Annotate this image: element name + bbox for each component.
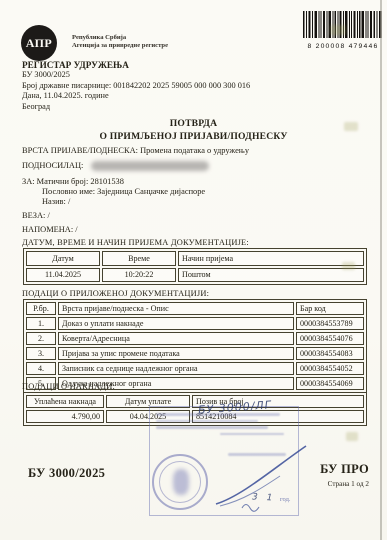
- reception-col-time: Време: [102, 251, 176, 266]
- subject-title-line: Назив: /: [42, 197, 205, 207]
- bleedthrough-mark: [344, 122, 358, 131]
- note-line: НАПОМЕНА: /: [22, 225, 78, 234]
- doc-row-barcode: 0000384553789: [296, 317, 364, 330]
- link-value: /: [47, 211, 49, 220]
- submitter-redaction: [91, 161, 209, 171]
- submission-type-value: Промена података о удружењу: [140, 146, 249, 155]
- doc-row-desc: Записник са седнице надлежног органа: [58, 362, 294, 375]
- subject-block: ЗА: Матични број: 28101538 Пословно име:…: [22, 177, 205, 208]
- document-title-line1: ПОТВРДА: [0, 118, 387, 131]
- business-name-label: Пословно име:: [42, 187, 95, 196]
- doc-row-barcode: 0000384554083: [296, 347, 364, 360]
- documents-col-num: Р.бр.: [26, 302, 56, 315]
- reception-method: Поштом: [178, 268, 364, 283]
- name-value: /: [68, 197, 70, 206]
- document-title: ПОТВРДА О ПРИМЉЕНОЈ ПРИЈАВИ/ПОДНЕСКУ: [0, 118, 387, 143]
- matbr-label: Матични број:: [37, 177, 89, 186]
- doc-row-num: 3.: [26, 347, 56, 360]
- doc-row-barcode: 0000384554052: [296, 362, 364, 375]
- apr-logo-monogram: АПР: [26, 36, 53, 51]
- office-number-label: Број државне писарнице:: [22, 81, 111, 90]
- bleedthrough-mark: [346, 432, 358, 441]
- city: Београд: [22, 102, 250, 112]
- document-title-line2: О ПРИМЉЕНОЈ ПРИЈАВИ/ПОДНЕСКУ: [0, 131, 387, 144]
- agency-line2: Агенција за привредне регистре: [72, 42, 168, 50]
- round-seal-emblem: [173, 469, 189, 495]
- footer-case-number: БУ 3000/2025: [28, 466, 105, 481]
- fee-amount: 4.790,00: [26, 410, 104, 423]
- apr-logo-icon: АПР: [21, 25, 57, 61]
- bleedthrough-mark: [342, 262, 355, 270]
- documents-table: Р.бр. Врста пријаве/поднеска - Опис Бар …: [23, 299, 367, 393]
- doc-row-barcode: 0000384554076: [296, 332, 364, 345]
- doc-row-num: 2.: [26, 332, 56, 345]
- documents-col-desc: Врста пријаве/поднеска - Опис: [58, 302, 294, 315]
- matbr-value: 28101538: [90, 177, 124, 186]
- documents-section-title: ПОДАЦИ О ПРИЛОЖЕНОЈ ДОКУМЕНТАЦИЈИ:: [22, 289, 209, 298]
- registry-header: РЕГИСТАР УДРУЖЕЊА БУ 3000/2025 Број држа…: [22, 60, 250, 112]
- case-number: БУ 3000/2025: [22, 70, 250, 80]
- registry-name: РЕГИСТАР УДРУЖЕЊА: [22, 60, 250, 70]
- doc-row-num: 1.: [26, 317, 56, 330]
- reception-time: 10:20:22: [102, 268, 176, 283]
- business-name-value: Заједница Санџачке дијаспоре: [97, 187, 205, 196]
- doc-row-desc: Коверта/Адресница: [58, 332, 294, 345]
- stamp-text-line: [220, 433, 284, 436]
- submitter-line: ПОДНОСИЛАЦ:: [22, 161, 209, 171]
- fee-col-amount: Уплаћена накнада: [26, 395, 104, 408]
- link-line: ВЕЗА: /: [22, 211, 50, 220]
- date-line: Дана, 11.04.2025. године: [22, 91, 250, 101]
- reception-col-method: Начин пријема: [178, 251, 364, 266]
- subject-matbr-line: ЗА: Матични број: 28101538: [22, 177, 205, 187]
- submission-type-line: ВРСТА ПРИЈАВЕ/ПОДНЕСКА: Промена података…: [22, 146, 249, 155]
- agency-name: Република Србија Агенција за привредне р…: [72, 34, 168, 50]
- agency-line1: Република Србија: [72, 34, 168, 42]
- table-row: 4. Записник са седнице надлежног органа …: [26, 362, 364, 375]
- link-label: ВЕЗА:: [22, 211, 45, 220]
- reception-section-title: ДАТУМ, ВРЕМЕ И НАЧИН ПРИЈЕМА ДОКУМЕНТАЦИ…: [22, 238, 249, 247]
- subject-name-line: Пословно име: Заједница Санџачке дијаспо…: [42, 187, 205, 197]
- table-row: 2. Коверта/Адресница 0000384554076: [26, 332, 364, 345]
- for-label: ЗА:: [22, 177, 35, 186]
- submission-type-label: ВРСТА ПРИЈАВЕ/ПОДНЕСКА:: [22, 146, 138, 155]
- reception-header-row: Датум Време Начин пријема: [26, 251, 364, 266]
- barcode-digits: 8 200008 479446: [303, 43, 383, 50]
- table-row: 1. Доказ о уплати накнаде 0000384553789: [26, 317, 364, 330]
- table-row: 3. Пријава за упис промене података 0000…: [26, 347, 364, 360]
- stamp-text-line: [156, 426, 268, 429]
- scanned-document-page: АПР Република Србија Агенција за привред…: [0, 0, 387, 540]
- name-label: Назив:: [42, 197, 66, 206]
- reception-table: Датум Време Начин пријема 11.04.2025 10:…: [23, 248, 367, 285]
- footer-registry-code: БУ ПРО: [320, 462, 369, 477]
- office-number-line: Број државне писарнице: 001842202 2025 5…: [22, 81, 250, 91]
- documents-header-row: Р.бр. Врста пријаве/поднеска - Опис Бар …: [26, 302, 364, 315]
- doc-row-desc: Доказ о уплати накнаде: [58, 317, 294, 330]
- stamp-year-suffix: год.: [280, 496, 291, 503]
- submitter-label: ПОДНОСИЛАЦ:: [22, 161, 83, 170]
- apr-logo: АПР: [21, 25, 57, 61]
- stamp-text-line: [156, 420, 258, 423]
- doc-row-barcode: 0000384554069: [296, 377, 364, 390]
- doc-row-num: 4.: [26, 362, 56, 375]
- handwritten-date: 3 1: [252, 492, 276, 503]
- office-number-value: 001842202 2025 59005 000 000 300 016: [113, 81, 250, 90]
- round-seal-stamp: [152, 454, 208, 510]
- reception-date: 11.04.2025: [26, 268, 100, 283]
- scan-edge-line: [380, 0, 382, 540]
- bleedthrough-mark: [330, 25, 346, 35]
- reception-data-row: 11.04.2025 10:20:22 Поштом: [26, 268, 364, 283]
- note-value: /: [75, 225, 77, 234]
- doc-row-desc: Пријава за упис промене података: [58, 347, 294, 360]
- page-number: Страна 1 од 2: [328, 480, 369, 488]
- note-label: НАПОМЕНА:: [22, 225, 73, 234]
- reception-col-date: Датум: [26, 251, 100, 266]
- fee-section-title: ПОДАЦИ О НАКНАДИ:: [22, 382, 115, 391]
- documents-col-barcode: Бар код: [296, 302, 364, 315]
- signature: [212, 438, 312, 516]
